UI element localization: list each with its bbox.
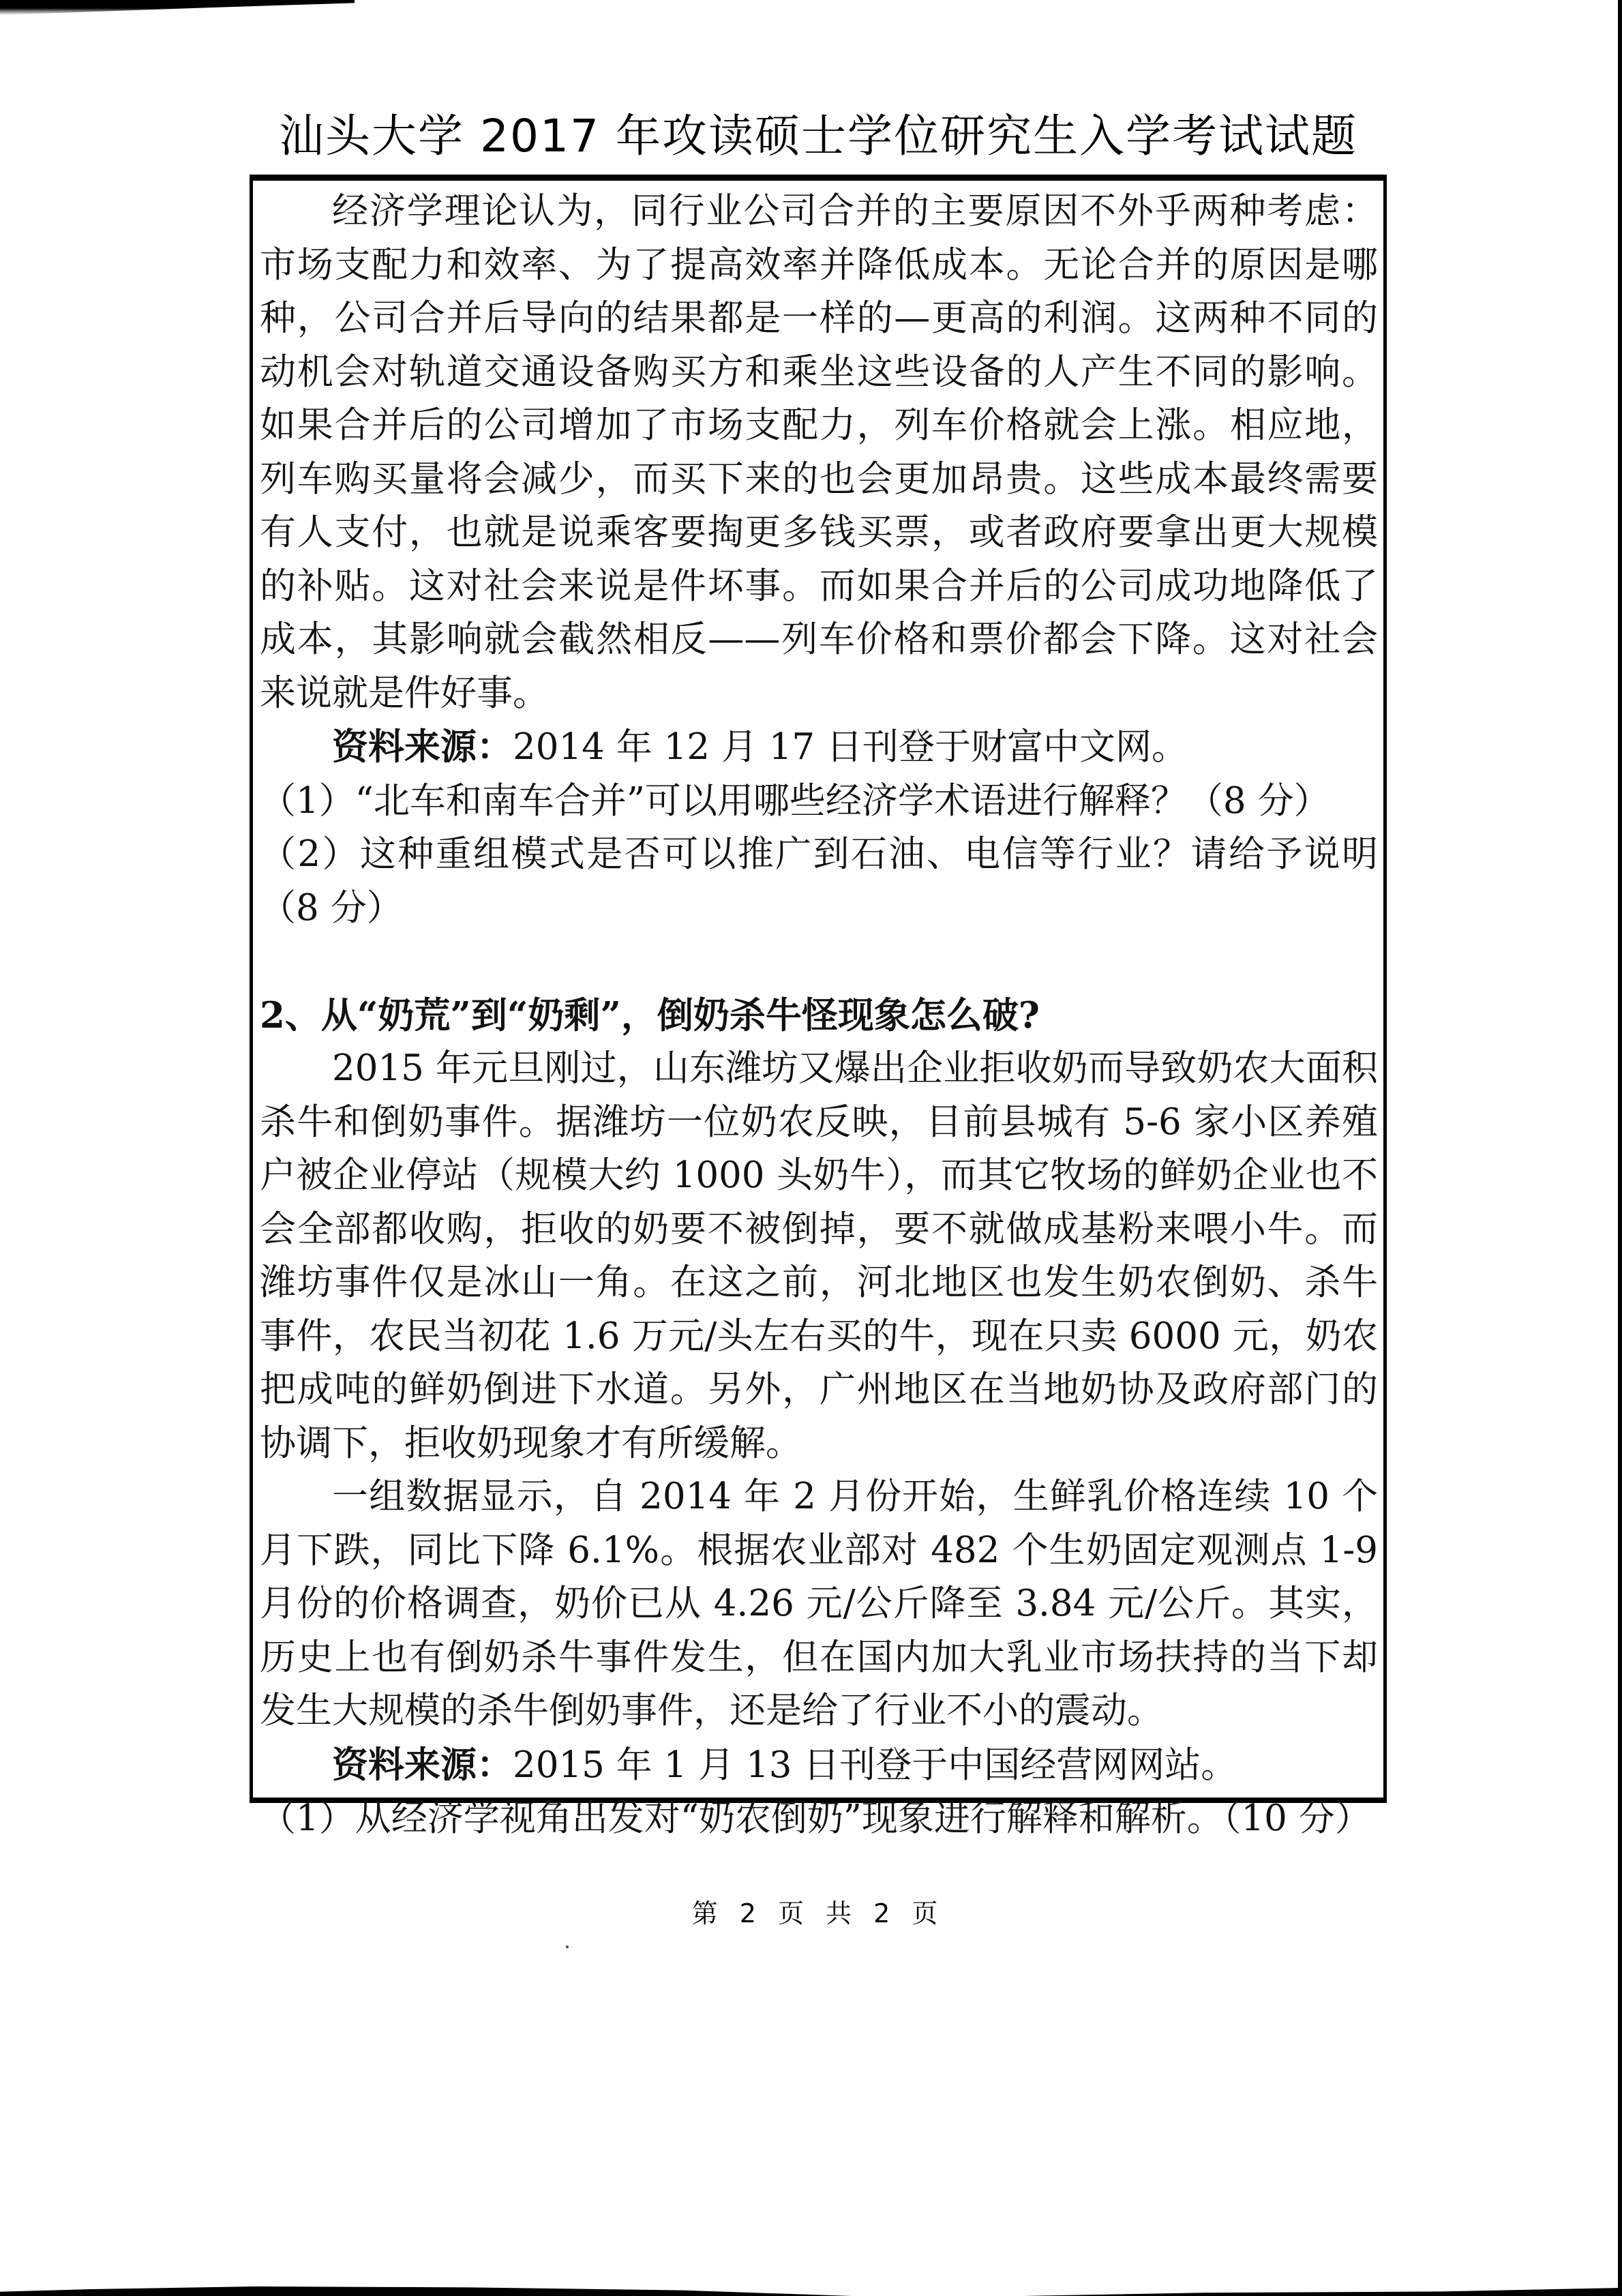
scan-edge-bottom-left <box>0 2286 852 2296</box>
q1-source-label: 资料来源： <box>332 726 513 768</box>
q2-source: 资料来源：2015 年 1 月 13 日刊登于中国经营网网站。 <box>260 1738 1378 1793</box>
q1-subquestion-2: （2）这种重组模式是否可以推广到石油、电信等行业？请给予说明（8 分） <box>260 828 1378 935</box>
scan-edge-top <box>0 0 355 15</box>
q2-source-text: 2015 年 1 月 13 日刊登于中国经营网网站。 <box>513 1744 1237 1786</box>
question-box: 经济学理论认为，同行业公司合并的主要原因不外乎两种考虑：市场支配力和效率、为了提… <box>250 175 1387 1803</box>
q2-subquestion-1: （1）从经济学视角出发对“奶农倒奶”现象进行解释和解析。（10 分） <box>260 1792 1378 1846</box>
exam-title: 汕头大学 2017 年攻读硕士学位研究生入学考试试题 <box>252 106 1384 167</box>
scan-edge-right <box>1618 0 1622 2296</box>
page-number: 第 2 页 共 2 页 <box>614 1892 1023 1930</box>
q1-source: 资料来源：2014 年 12 月 17 日刊登于财富中文网。 <box>260 720 1378 775</box>
q2-source-label: 资料来源： <box>332 1744 513 1786</box>
q2-paragraph-1: 2015 年元旦刚过，山东潍坊又爆出企业拒收奶而导致奶农大面积杀牛和倒奶事件。据… <box>260 1042 1378 1470</box>
q1-subquestion-1: （1）“北车和南车合并”可以用哪些经济学术语进行解释？（8 分） <box>260 775 1378 829</box>
question-content: 经济学理论认为，同行业公司合并的主要原因不外乎两种考虑：市场支配力和效率、为了提… <box>260 185 1378 1846</box>
spacer <box>260 935 1378 989</box>
q2-paragraph-2: 一组数据显示，自 2014 年 2 月份开始，生鲜乳价格连续 10 个月下跌，同… <box>260 1470 1378 1738</box>
q1-source-text: 2014 年 12 月 17 日刊登于财富中文网。 <box>513 726 1188 768</box>
q1-paragraph: 经济学理论认为，同行业公司合并的主要原因不外乎两种考虑：市场支配力和效率、为了提… <box>260 185 1378 720</box>
q2-heading: 2、从“奶荒”到“奶剩”，倒奶杀牛怪现象怎么破? <box>260 989 1378 1043</box>
scan-edge-bottom-right <box>1022 2288 1622 2296</box>
scan-speck <box>566 1945 569 1948</box>
